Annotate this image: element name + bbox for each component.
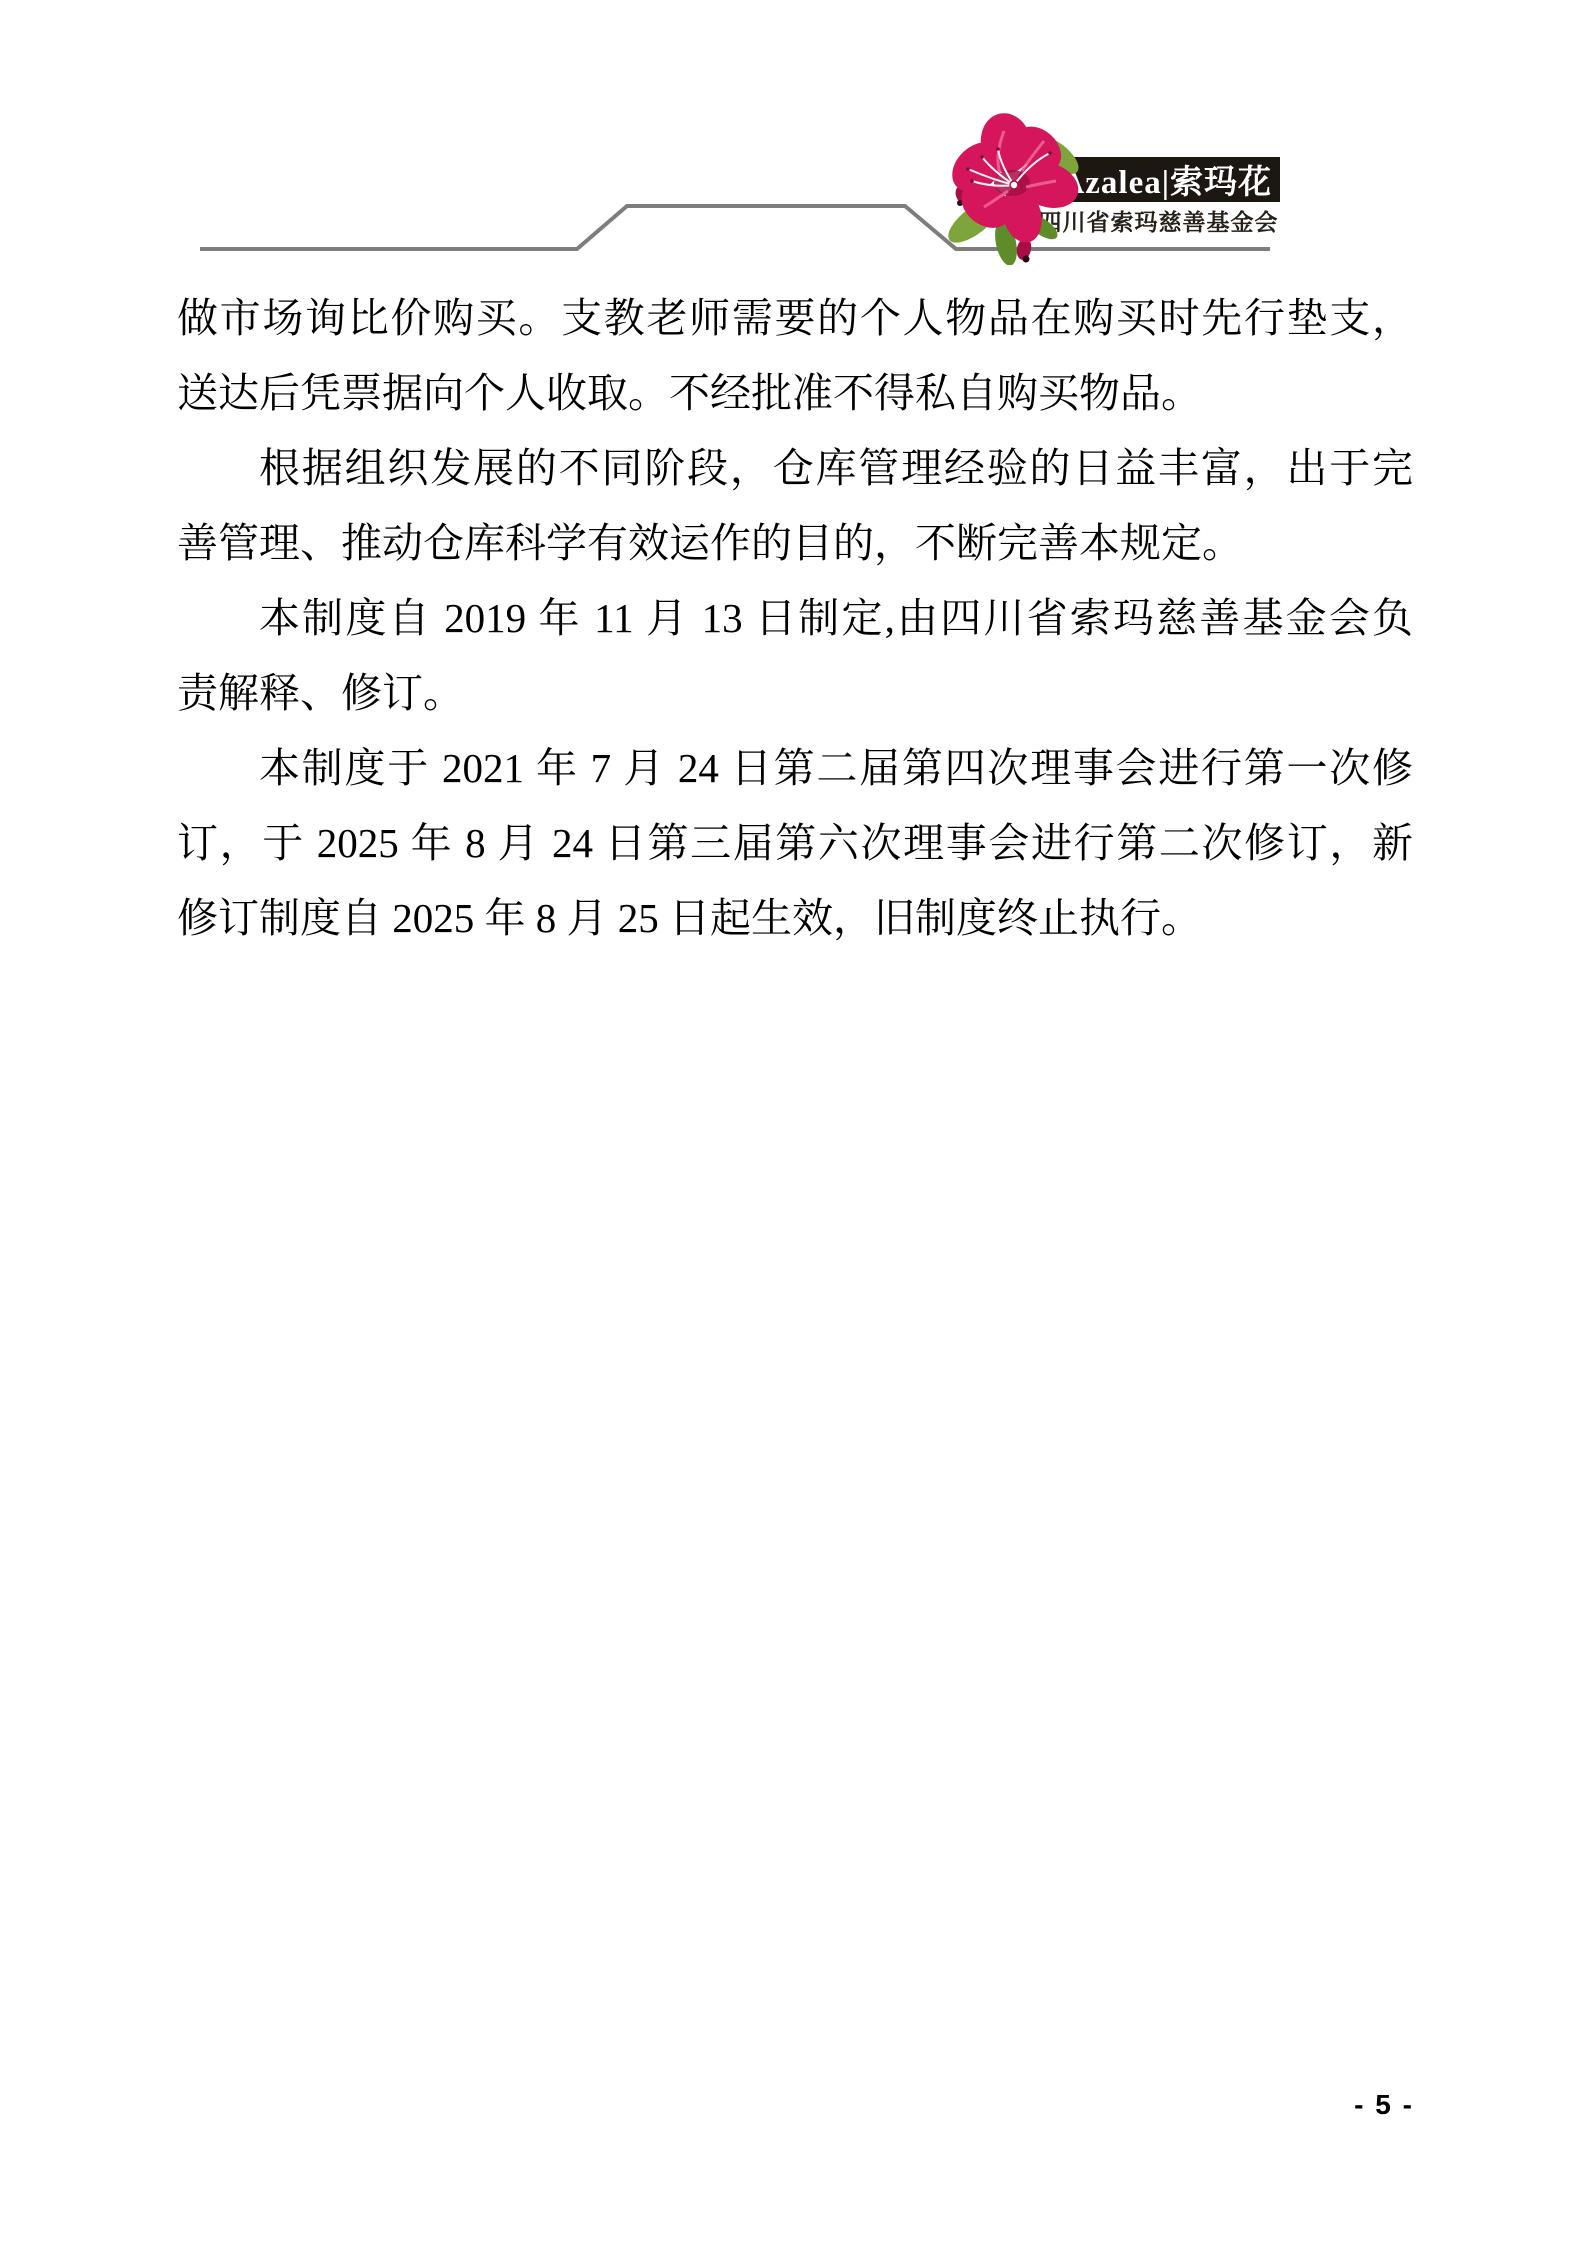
- paragraph: 根据组织发展的不同阶段，仓库管理经验的日益丰富，出于完善管理、推动仓库科学有效运…: [177, 431, 1413, 581]
- paragraph: 本制度自 2019 年 11 月 13 日制定,由四川省索玛慈善基金会负责解释、…: [177, 581, 1413, 731]
- document-body: 做市场询比价购买。支教老师需要的个人物品在购买时先行垫支，送达后凭票据向个人收取…: [177, 281, 1413, 956]
- text-line: 做市场询比价购买。支教老师需要的个人物品在购买时先行垫支，: [177, 281, 1413, 356]
- header-divider-line: [0, 0, 1587, 300]
- paragraph: 本制度于 2021 年 7 月 24 日第二届第四次理事会进行第一次修订，于 2…: [177, 731, 1413, 956]
- text-line: 善管理、推动仓库科学有效运作的目的，不断完善本规定。: [177, 506, 1413, 581]
- paragraph: 做市场询比价购买。支教老师需要的个人物品在购买时先行垫支，送达后凭票据向个人收取…: [177, 281, 1413, 431]
- text-line: 订，于 2025 年 8 月 24 日第三届第六次理事会进行第二次修订，新: [177, 806, 1413, 881]
- text-line: 根据组织发展的不同阶段，仓库管理经验的日益丰富，出于完: [177, 431, 1413, 506]
- text-line: 本制度自 2019 年 11 月 13 日制定,由四川省索玛慈善基金会负: [177, 581, 1413, 656]
- text-line: 送达后凭票据向个人收取。不经批准不得私自购买物品。: [177, 356, 1413, 431]
- logo-banner-text: Azalea|索玛花: [1060, 156, 1272, 203]
- document-page: Azalea|索玛花 四川省索玛慈善基金会: [0, 0, 1587, 2245]
- text-line: 本制度于 2021 年 7 月 24 日第二届第四次理事会进行第一次修: [177, 731, 1413, 806]
- page-number: - 5 -: [1338, 2089, 1430, 2121]
- azalea-flower-icon: [946, 103, 1088, 265]
- text-line: 责解释、修订。: [177, 656, 1413, 731]
- text-line: 修订制度自 2025 年 8 月 25 日起生效，旧制度终止执行。: [177, 881, 1413, 956]
